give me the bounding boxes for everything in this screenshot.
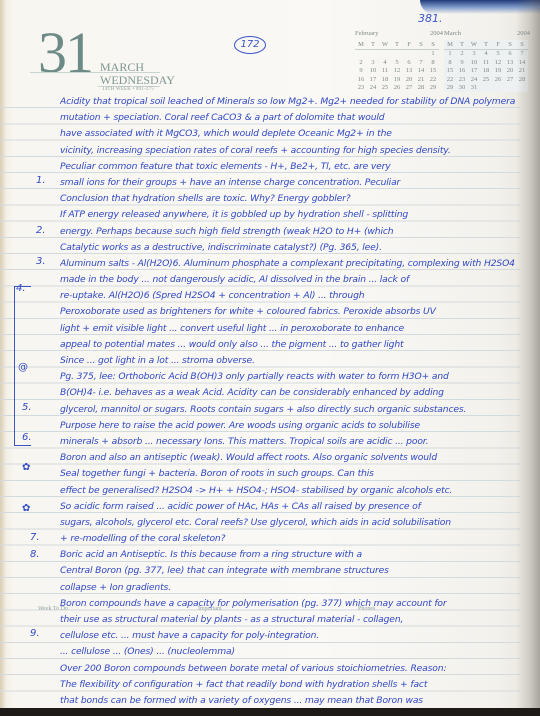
calendar-day: 6: [403, 58, 415, 67]
item-number: 2.: [36, 225, 46, 236]
calendar-day: [504, 84, 516, 93]
calendar-month-label: March: [444, 30, 461, 40]
calendar-day: 23: [456, 75, 468, 84]
item-number: 3.: [36, 256, 46, 267]
calendar-month-label: February: [355, 30, 378, 40]
page-bottom-edge: [0, 708, 540, 716]
calendar-day: 24: [468, 75, 480, 84]
note-line: So acidic form raised ... acidic power o…: [60, 499, 515, 515]
calendar-day: 18: [480, 67, 492, 76]
note-line: Catalytic works as a destructive, indisc…: [60, 240, 515, 256]
book-spine-shadow: [516, 0, 540, 716]
calendar-day: 9: [355, 67, 367, 76]
spiral-doodle-icon: @: [18, 362, 28, 373]
page-reference-circled: 172: [234, 36, 266, 54]
note-line: small ions for their groups + have an in…: [60, 175, 515, 191]
note-line: effect be generalised? H2SO4 -> H+ + HSO…: [60, 483, 515, 499]
calendar-year-label: 2004: [430, 30, 443, 40]
calendar-day: 9: [456, 58, 468, 67]
calendar-day: 20: [504, 67, 516, 76]
calendar-day: 17: [367, 75, 379, 84]
calendar-day: 4: [379, 58, 391, 67]
note-line: sugars, alcohols, glycerol etc. Coral re…: [60, 515, 515, 531]
calendar-day: 29: [427, 84, 439, 93]
calendar-day: 20: [403, 75, 415, 84]
calendar-day: [367, 49, 379, 58]
item-number: 9.: [30, 628, 40, 639]
footer-label-week-todo: Week To Do: [38, 606, 68, 612]
calendar-day: 30: [456, 84, 468, 93]
note-line: have associated with it MgCO3, which wou…: [60, 126, 515, 142]
flower-doodle-icon: ✿: [22, 462, 30, 473]
note-line: minerals + absorb ... necessary Ions. Th…: [60, 434, 515, 450]
note-line: their use as structural material by plan…: [60, 612, 515, 628]
calendar-day: 5: [391, 58, 403, 67]
weekday-header: T: [480, 40, 492, 49]
note-line: Conclusion that hydration shells are tox…: [60, 191, 515, 207]
calendar-day: [391, 49, 403, 58]
calendar-day: 11: [379, 67, 391, 76]
week-info: 14TH WEEK • 091-275: [102, 87, 154, 92]
note-line: glycerol, mannitol or sugars. Roots cont…: [60, 402, 515, 418]
calendar-day: 2: [355, 58, 367, 67]
calendar-day: 1: [444, 49, 456, 58]
calendar-day: 7: [415, 58, 427, 67]
calendar-day: 29: [444, 84, 456, 93]
calendar-day: [379, 49, 391, 58]
note-line: cellulose etc. ... must have a capacity …: [60, 628, 515, 644]
note-line: The flexibility of configuration + fact …: [60, 677, 515, 693]
calendar-day: [355, 49, 367, 58]
mini-calendar-february: February 2004 M T W T F S S 1: [355, 30, 443, 92]
calendar-day: 24: [367, 84, 379, 93]
note-line: Aluminum salts - Al(H2O)6. Aluminum phos…: [60, 256, 515, 272]
weekday-header: S: [504, 40, 516, 49]
calendar-day: 15: [444, 67, 456, 76]
flower-doodle-icon: ✿: [22, 503, 30, 514]
calendar-day: 25: [379, 84, 391, 93]
calendar-day: 12: [492, 58, 504, 67]
note-line: + re-modelling of the coral skeleton?: [60, 531, 515, 547]
note-line: appeal to potential mates ... would only…: [60, 337, 515, 353]
item-number: 1.: [36, 175, 46, 186]
note-line: re-uptake. Al(H2O)6 (Spred H2SO4 + conce…: [60, 288, 515, 304]
calendar-day: 16: [456, 67, 468, 76]
note-line: made in the body ... not dangerously aci…: [60, 272, 515, 288]
note-line: Boron and also an antiseptic (weak). Wou…: [60, 450, 515, 466]
calendar-day: 18: [379, 75, 391, 84]
note-line: light + emit visible light ... convert u…: [60, 321, 515, 337]
note-line: vicinity, increasing speciation rates of…: [60, 143, 515, 159]
note-line: collapse + Ion gradients.: [60, 580, 515, 596]
weekday-header: T: [391, 40, 403, 49]
calendar-day: 4: [480, 49, 492, 58]
calendar-day: 21: [415, 75, 427, 84]
calendar-day: 26: [492, 75, 504, 84]
item-number: 7.: [30, 532, 40, 543]
note-line: Seal together fungi + bacteria. Boron of…: [60, 466, 515, 482]
calendar-day: [403, 49, 415, 58]
calendar-day: 14: [415, 67, 427, 76]
calendar-day: 8: [444, 58, 456, 67]
calendar-day: 13: [504, 58, 516, 67]
calendar-day: 27: [403, 84, 415, 93]
note-line: Purpose here to raise the acid power. Ar…: [60, 418, 515, 434]
calendar-day: 10: [367, 67, 379, 76]
footer-label-phones: Phones: [358, 606, 375, 612]
calendar-day: 16: [355, 75, 367, 84]
calendar-day: 26: [391, 84, 403, 93]
weekday-header: M: [444, 40, 456, 49]
note-line: Boron compounds have a capacity for poly…: [60, 596, 515, 612]
note-line: Acidity that tropical soil leached of Mi…: [60, 94, 515, 110]
weekday-header: W: [379, 40, 391, 49]
weekday-header: T: [456, 40, 468, 49]
note-line: ... cellulose ... (Ones) ... (nucleolemm…: [60, 644, 515, 660]
note-line: Pg. 375, lee: Orthoboric Acid B(OH)3 onl…: [60, 369, 515, 385]
calendar-day: 15: [427, 67, 439, 76]
calendar-day: 6: [504, 49, 516, 58]
calendar-day: 22: [444, 75, 456, 84]
note-line: Peroxoborate used as brighteners for whi…: [60, 304, 515, 320]
calendar-day: [492, 84, 504, 93]
note-line: Central Boron (pg. 377, lee) that can in…: [60, 563, 515, 579]
handwritten-notes: Acidity that tropical soil leached of Mi…: [60, 94, 515, 709]
calendar-day: 13: [403, 67, 415, 76]
weekday-header: S: [415, 40, 427, 49]
calendar-day: 5: [492, 49, 504, 58]
weekday-header: T: [367, 40, 379, 49]
diary-page: 31 MARCH WEDNESDAY 14TH WEEK • 091-275 1…: [0, 0, 540, 716]
calendar-day: 19: [391, 75, 403, 84]
weekday-header: W: [468, 40, 480, 49]
note-line: that bonds can be formed with a variety …: [60, 693, 515, 709]
weekday-name: WEDNESDAY: [100, 73, 175, 88]
weekday-header: S: [427, 40, 439, 49]
calendar-day: 11: [480, 58, 492, 67]
calendar-day: 10: [468, 58, 480, 67]
weekday-header: M: [355, 40, 367, 49]
calendar-day: 25: [480, 75, 492, 84]
calendar-day: 27: [504, 75, 516, 84]
calendar-day: 17: [468, 67, 480, 76]
calendar-day: 23: [355, 84, 367, 93]
weekday-header: F: [403, 40, 415, 49]
calendar-day: 2: [456, 49, 468, 58]
calendar-day: 31: [468, 84, 480, 93]
calendar-day: 12: [391, 67, 403, 76]
note-line: energy. Perhaps because such high field …: [60, 224, 515, 240]
calendar-day: [480, 84, 492, 93]
calendar-day: 3: [367, 58, 379, 67]
day-number: 31: [38, 24, 92, 82]
note-line: If ATP energy released anywhere, it is g…: [60, 207, 515, 223]
calendar-day: 19: [492, 67, 504, 76]
footer-label-important: Important: [198, 606, 222, 612]
calendar-day: [415, 49, 427, 58]
note-line: mutation + speciation. Coral reef CaCO3 …: [60, 110, 515, 126]
calendar-day: 1: [427, 49, 439, 58]
note-line: B(OH)4- i.e. behaves as a weak Acid. Aci…: [60, 385, 515, 401]
calendar-grid: M T W T F S S 1 2 3 4 5: [355, 40, 439, 92]
weekday-header: F: [492, 40, 504, 49]
note-line: Boric acid an Antiseptic. Is this becaus…: [60, 547, 515, 563]
calendar-day: 28: [415, 84, 427, 93]
calendar-day: 22: [427, 75, 439, 84]
note-line: Peculiar common feature that toxic eleme…: [60, 159, 515, 175]
note-line: Since ... got light in a lot ... stroma …: [60, 353, 515, 369]
note-line: Over 200 Boron compounds between borate …: [60, 661, 515, 677]
item-number: 8.: [30, 549, 40, 560]
calendar-day: 3: [468, 49, 480, 58]
calendar-day: 8: [427, 58, 439, 67]
